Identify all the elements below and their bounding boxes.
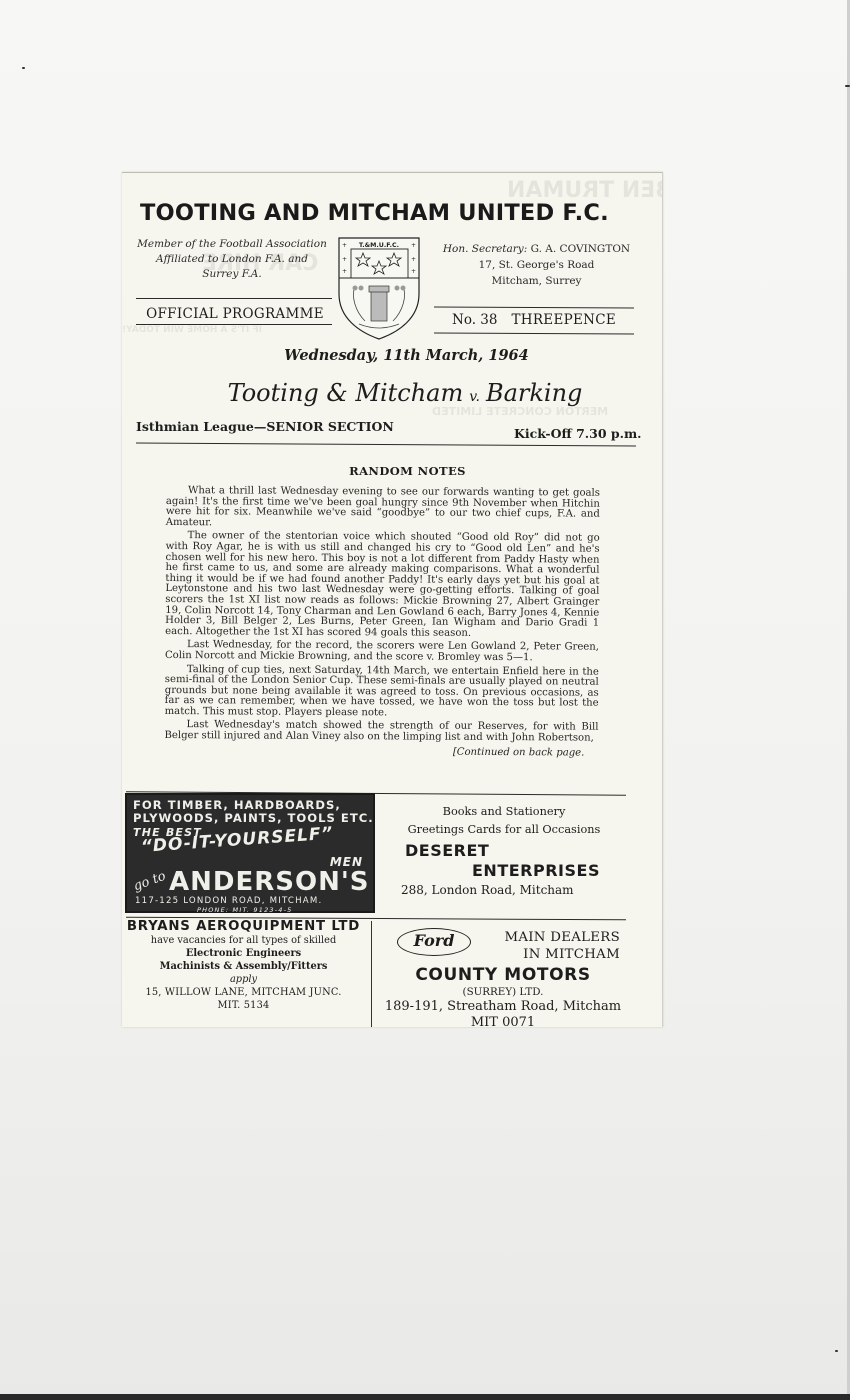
membership-line: Member of the Football Association: [132, 237, 332, 252]
deseret-advert: Books and Stationery Greetings Cards for…: [384, 803, 624, 897]
ad-phone: PHONE: MIT. 9123-4-5: [197, 906, 293, 914]
ad-line: IN MITCHAM: [504, 946, 620, 963]
membership-line: Surrey F.A.: [132, 267, 332, 282]
secretary-name: G. A. COVINGTON: [531, 243, 631, 255]
secretary-town: Mitcham, Surrey: [434, 273, 639, 289]
ad-line: Books and Stationery: [384, 803, 624, 821]
svg-text:+: +: [411, 242, 416, 249]
scanner-edge-bottom: [0, 1394, 850, 1400]
svg-text:+: +: [342, 268, 347, 275]
continued-note: [Continued on back page.: [164, 746, 598, 759]
programme-page: BEN TRUMAN CAR HIRE MERTON CONCRETE LIMI…: [122, 172, 663, 1027]
divider: [434, 306, 634, 308]
club-crest-icon: T.&M.U.F.C. ++ ++ ++: [337, 236, 421, 340]
ad-address: 189-191, Streatham Road, Mitcham: [380, 999, 626, 1014]
notes-paragraph: Last Wednesday's match showed the streng…: [164, 720, 598, 744]
deseret-brand: DESERET: [405, 841, 624, 860]
notes-paragraph: Last Wednesday, for the record, the scor…: [165, 640, 599, 664]
competition: Isthmian League—SENIOR SECTION: [136, 419, 394, 434]
andersons-brand: ANDERSON'S: [169, 867, 370, 897]
ad-line: Machinists & Assembly/Fitters: [122, 960, 365, 973]
bryans-brand: BRYANS AEROQUIPMENT LTD: [122, 919, 365, 934]
issue-number: No. 38: [452, 312, 497, 328]
notes-paragraph: Talking of cup ties, next Saturday, 14th…: [165, 664, 599, 720]
ford-logo-icon: Ford: [397, 928, 471, 956]
membership-line: Affiliated to London F.A. and: [132, 252, 332, 267]
dust-speck: [845, 85, 850, 87]
divider: [136, 442, 636, 446]
fixture: Tooting & Mitchamv.Barking: [122, 379, 663, 407]
ad-divider: [371, 921, 372, 1027]
notes-paragraph: The owner of the stentorian voice which …: [165, 531, 600, 640]
club-title: TOOTING AND MITCHAM UNITED F.C.: [140, 200, 660, 226]
divider: [136, 324, 332, 325]
price: THREEPENCE: [511, 312, 616, 328]
issue-info: No. 38THREEPENCE: [452, 312, 637, 328]
random-notes-title: RANDOM NOTES: [122, 464, 663, 478]
ad-phone: MIT. 5134: [122, 999, 365, 1012]
dust-speck: [835, 1350, 838, 1352]
bryans-advert: BRYANS AEROQUIPMENT LTD have vacancies f…: [122, 919, 365, 1012]
ad-line: Electronic Engineers: [122, 947, 365, 960]
match-date: Wednesday, 11th March, 1964: [122, 347, 663, 364]
ad-phone: MIT 0071: [380, 1015, 626, 1027]
away-team: Barking: [486, 379, 582, 407]
notes-paragraph: What a thrill last Wednesday evening to …: [166, 486, 600, 531]
official-programme-label: OFFICIAL PROGRAMME: [136, 306, 334, 322]
svg-text:+: +: [342, 242, 347, 249]
divider: [434, 332, 634, 334]
show-through-text: IF IT'S A HOME WIN TODAY!: [122, 325, 262, 335]
svg-text:+: +: [411, 268, 416, 275]
secretary-label: Hon. Secretary:: [443, 243, 527, 255]
home-team: Tooting & Mitcham: [228, 379, 464, 407]
divider: [136, 298, 332, 299]
secretary-address: 17, St. George's Road: [434, 257, 639, 273]
ad-line: apply: [122, 973, 365, 986]
dust-speck: [22, 67, 25, 69]
svg-text:+: +: [342, 256, 347, 263]
county-motors-brand: COUNTY MOTORS: [380, 965, 626, 985]
membership-info: Member of the Football Association Affil…: [132, 237, 332, 282]
secretary-info: Hon. Secretary: G. A. COVINGTON 17, St. …: [434, 241, 639, 289]
deseret-brand: ENTERPRISES: [472, 861, 624, 880]
andersons-advert: FOR TIMBER, HARDBOARDS, PLYWOODS, PAINTS…: [125, 793, 375, 913]
versus: v.: [469, 389, 480, 405]
ad-line: MAIN DEALERS: [504, 929, 620, 946]
svg-text:T.&M.U.F.C.: T.&M.U.F.C.: [359, 242, 399, 249]
random-notes-body: What a thrill last Wednesday evening to …: [164, 486, 600, 762]
ad-address: 288, London Road, Mitcham: [401, 883, 624, 897]
svg-text:+: +: [411, 256, 416, 263]
ad-line: Greetings Cards for all Occasions: [384, 821, 624, 839]
ad-line: go to: [131, 869, 167, 894]
ad-address: 117-125 LONDON ROAD, MITCHAM.: [135, 896, 322, 906]
ad-line: have vacancies for all types of skilled: [122, 934, 365, 947]
ad-line: MAIN DEALERS IN MITCHAM: [504, 929, 620, 963]
ad-line: (SURREY) LTD.: [380, 986, 626, 998]
kickoff-time: Kick-Off 7.30 p.m.: [514, 426, 642, 441]
ad-address: 15, WILLOW LANE, MITCHAM JUNC.: [122, 986, 365, 999]
